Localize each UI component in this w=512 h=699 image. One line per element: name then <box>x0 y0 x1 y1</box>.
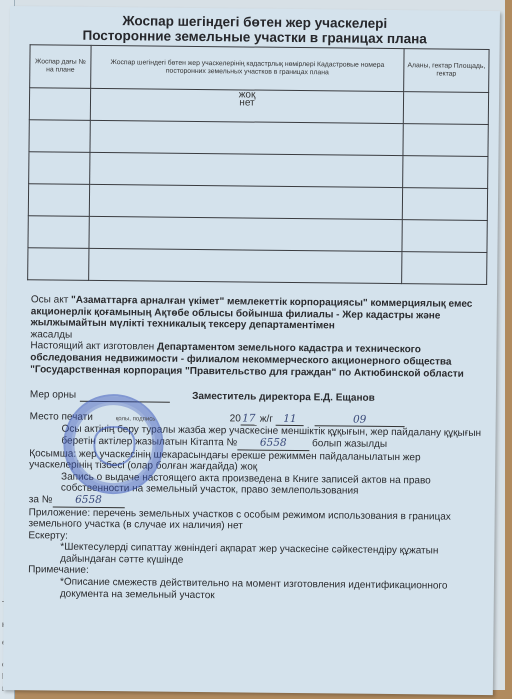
issuer-ru: Настоящий акт изготовлен Департаментом з… <box>30 341 485 381</box>
document-page: Жоспар шегіндегі бөтен жер учаскелері По… <box>3 6 500 695</box>
cell-cadastral <box>90 152 403 187</box>
date-century: 20 <box>230 413 241 426</box>
table-row <box>28 184 487 221</box>
signature-line <box>80 401 170 403</box>
header-area: Аланы, гектар Площадь, гектар <box>404 49 489 93</box>
cell-cadastral <box>90 120 403 155</box>
header-plan-number: Жоспар дағы № на плане <box>30 45 91 89</box>
table-row <box>28 216 487 253</box>
document-title: Жоспар шегіндегі бөтен жер учаскелері По… <box>10 12 500 47</box>
cell-cadastral <box>89 248 402 283</box>
table-row <box>28 248 487 285</box>
cell-no <box>28 248 89 281</box>
table-header-row: Жоспар дағы № на плане Жоспар шегіндегі … <box>30 45 489 93</box>
cell-area <box>403 92 488 125</box>
table-row <box>29 152 488 189</box>
table-row: жоқ нет <box>29 88 488 125</box>
cell-area <box>403 124 488 157</box>
plots-table: Жоспар дағы № на плане Жоспар шегіндегі … <box>27 44 489 285</box>
cell-area <box>403 156 488 189</box>
signature-caption: қолы, подпись <box>116 416 156 422</box>
issuer-kz-name: "Азаматтарға арналған үкімет" мемлекетті… <box>31 295 473 332</box>
cell-cadastral: жоқ нет <box>90 88 403 123</box>
signature-row: Мер орны Заместитель директора Е.Д. Ещан… <box>30 389 485 405</box>
document-body: Осы акт "Азаматтарға арналған үкімет" ме… <box>28 294 486 604</box>
appendix-ru: Приложение: перечень земельных участков … <box>29 507 484 535</box>
date-month: 11 <box>276 414 304 427</box>
cell-cadastral <box>89 184 402 219</box>
note-ru-text: *Описание смежеств действительно на моме… <box>28 576 483 604</box>
record-kz-number: 6558 <box>237 437 309 450</box>
issuer-kz-prefix: Осы акт <box>31 294 71 305</box>
cell-area <box>402 252 487 285</box>
cell-cadastral <box>89 216 402 251</box>
date-year-suffix: ж/г <box>260 413 273 426</box>
cell-area <box>402 220 487 253</box>
cell-no <box>28 184 89 217</box>
signatory: Заместитель директора Е.Д. Ещанов <box>192 391 375 405</box>
issuer-ru-prefix: Настоящий акт изготовлен <box>30 341 157 353</box>
record-ru-number: 6558 <box>52 494 124 507</box>
record-ru-prefix: за № <box>29 494 53 505</box>
date-year: 17 <box>241 413 257 426</box>
cell-no <box>28 216 89 249</box>
issuer-kz: Осы акт "Азаматтарға арналған үкімет" ме… <box>30 294 485 345</box>
record-kz-suffix: болып жазылды <box>312 438 387 450</box>
cell-no <box>29 88 90 121</box>
cell-area <box>402 188 487 221</box>
header-cadastral-numbers: Жоспар шегіндегі бөтен жер учаскелерінің… <box>91 45 404 91</box>
seal-label: Мер орны <box>30 389 76 401</box>
table-row <box>29 120 488 157</box>
note-kz-text: *Шектесулерді сипаттау жөніндегі ақпарат… <box>28 542 483 570</box>
cell-no <box>29 152 90 185</box>
cell-no <box>29 120 90 153</box>
